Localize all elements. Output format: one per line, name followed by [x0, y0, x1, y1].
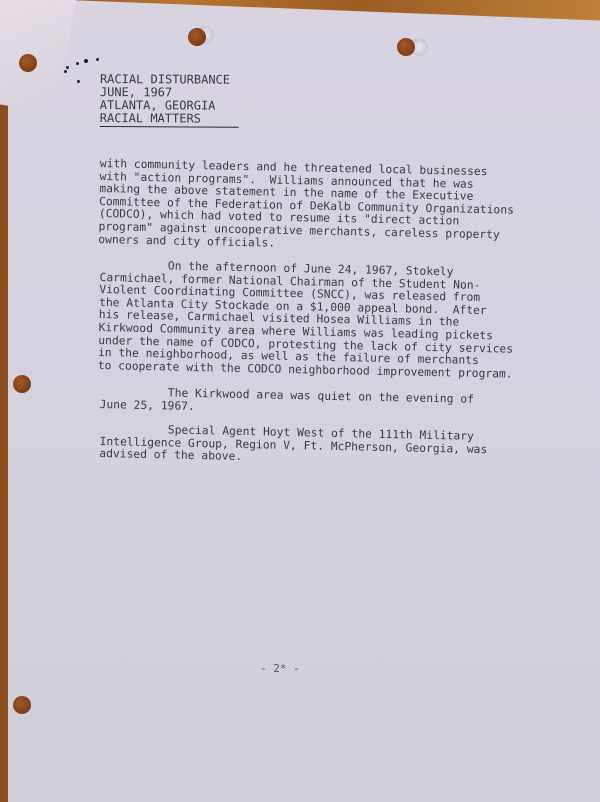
- punch-hole: [13, 375, 31, 393]
- punch-hole: [19, 54, 37, 72]
- punch-hole: [397, 38, 415, 56]
- document-header: RACIAL DISTURBANCE JUNE, 1967 ATLANTA, G…: [100, 73, 239, 126]
- paragraph-1: with community leaders and he threatened…: [98, 158, 515, 255]
- page-number: - 2* -: [260, 663, 300, 676]
- header-line-4: RACIAL MATTERS: [100, 111, 239, 128]
- punch-hole: [188, 28, 206, 46]
- paragraph-4: Special Agent Hoyt West of the 111th Mil…: [99, 423, 487, 469]
- paragraph-2: On the afternoon of June 24, 1967, Stoke…: [98, 259, 515, 381]
- punch-hole: [13, 696, 31, 714]
